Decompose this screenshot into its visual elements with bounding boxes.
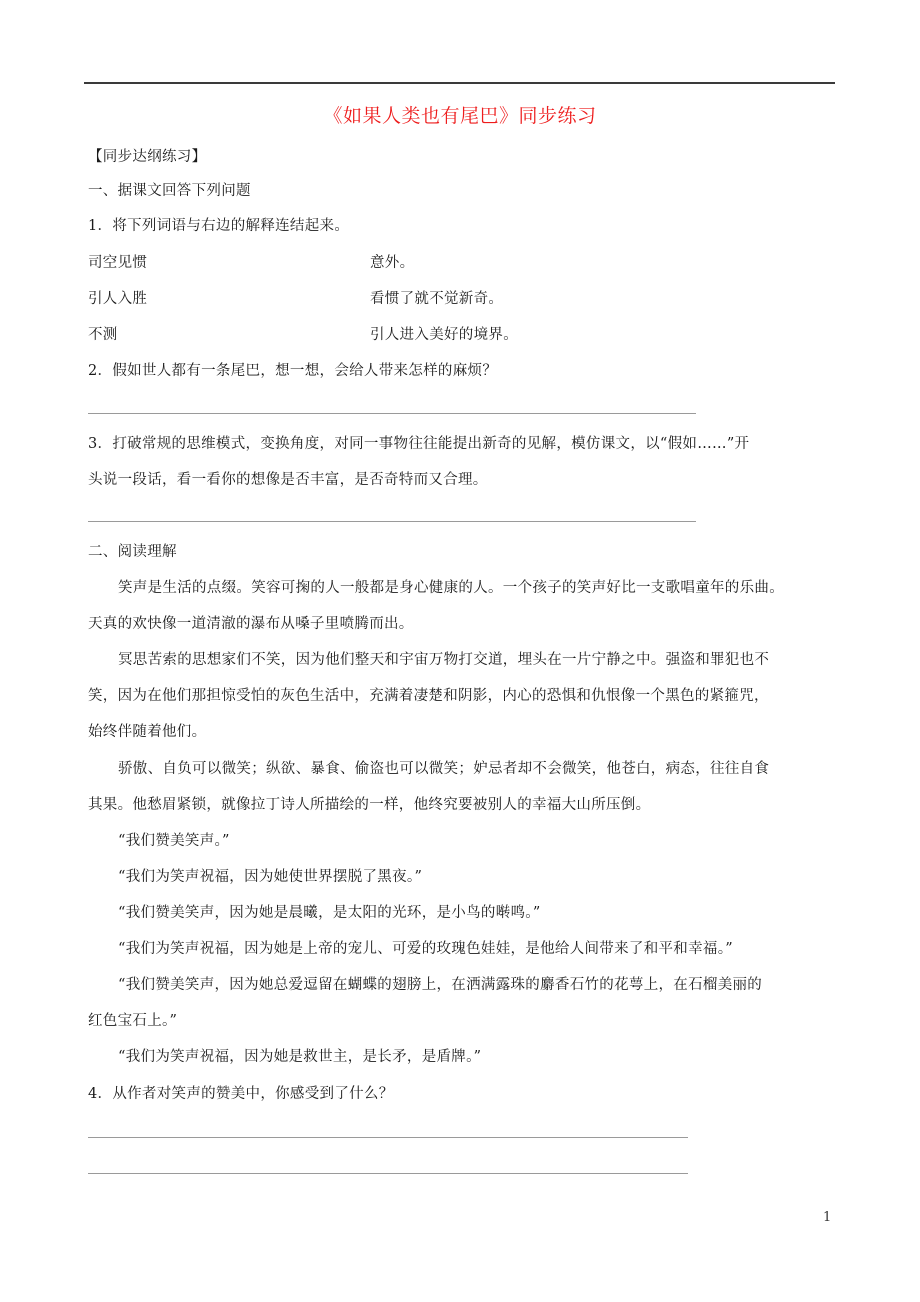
q2-prompt: 2．假如世人都有一条尾巴，想一想，会给人带来怎样的麻烦？ <box>88 361 497 381</box>
q2-answer-line[interactable] <box>88 413 696 415</box>
passage-line: 笑，因为在他们那担惊受怕的灰色生活中，充满着凄楚和阴影，内心的恐惧和仇恨像一个黑… <box>88 686 769 706</box>
section-label: 【同步达纲练习】 <box>88 147 206 167</box>
document-title: 《如果人类也有尾巴》同步练习 <box>0 101 920 128</box>
q3-answer-line[interactable] <box>88 521 696 523</box>
passage-line: 冥思苦索的思想家们不笑，因为他们整天和宇宙万物打交道，埋头在一片宁静之中。强盗和… <box>118 650 769 670</box>
passage-quote: “我们为笑声祝福，因为她是上帝的宠儿、可爱的玫瑰色娃娃，是他给人间带来了和平和幸… <box>118 939 733 959</box>
passage-quote: “我们赞美笑声，因为她总爱逗留在蝴蝶的翅膀上，在洒满露珠的麝香石竹的花萼上，在石… <box>118 975 762 995</box>
passage-line: 始终伴随着他们。 <box>88 722 206 742</box>
passage-line: 骄傲、自负可以微笑；纵欲、暴食、偷盗也可以微笑；妒忌者却不会微笑，他苍白，病态，… <box>118 759 769 779</box>
passage-quote: “我们为笑声祝福，因为她是救世主，是长矛，是盾牌。” <box>118 1047 481 1067</box>
q1-definition: 引人进入美好的境界。 <box>370 325 518 345</box>
q4-answer-line[interactable] <box>88 1137 688 1139</box>
part1-heading: 一、据课文回答下列问题 <box>88 181 251 201</box>
header-rule <box>84 82 835 84</box>
q1-definition: 看惯了就不觉新奇。 <box>370 289 503 309</box>
passage-line: 其果。他愁眉紧锁，就像拉丁诗人所描绘的一样，他终究要被别人的幸福大山所压倒。 <box>88 795 650 815</box>
passage-quote: “我们赞美笑声。” <box>118 831 230 851</box>
part2-heading: 二、阅读理解 <box>88 542 177 562</box>
q1-term: 引人入胜 <box>88 289 147 309</box>
passage-line: 天真的欢快像一道清澈的瀑布从嗓子里喷腾而出。 <box>88 614 414 634</box>
q3-prompt-line1: 3．打破常规的思维模式，变换角度，对同一事物往往能提出新奇的见解，模仿课文，以“… <box>88 434 749 454</box>
q1-prompt: 1．将下列词语与右边的解释连结起来。 <box>88 216 349 236</box>
passage-quote: “我们赞美笑声，因为她是晨曦，是太阳的光环，是小鸟的啭鸣。” <box>118 903 541 923</box>
passage-quote: “我们为笑声祝福，因为她使世界摆脱了黑夜。” <box>118 867 422 887</box>
passage-line: 笑声是生活的点缀。笑容可掬的人一般都是身心健康的人。一个孩子的笑声好比一支歌唱童… <box>118 578 784 598</box>
q1-term: 不测 <box>88 325 118 345</box>
q3-prompt-line2: 头说一段话，看一看你的想像是否丰富，是否奇特而又合理。 <box>88 470 488 490</box>
q4-answer-line[interactable] <box>88 1173 688 1175</box>
page-number: 1 <box>823 1210 831 1225</box>
q1-definition: 意外。 <box>370 253 414 273</box>
passage-quote: 红色宝石上。” <box>88 1011 177 1031</box>
q1-term: 司空见惯 <box>88 253 147 273</box>
q4-prompt: 4．从作者对笑声的赞美中，你感受到了什么？ <box>88 1084 394 1104</box>
